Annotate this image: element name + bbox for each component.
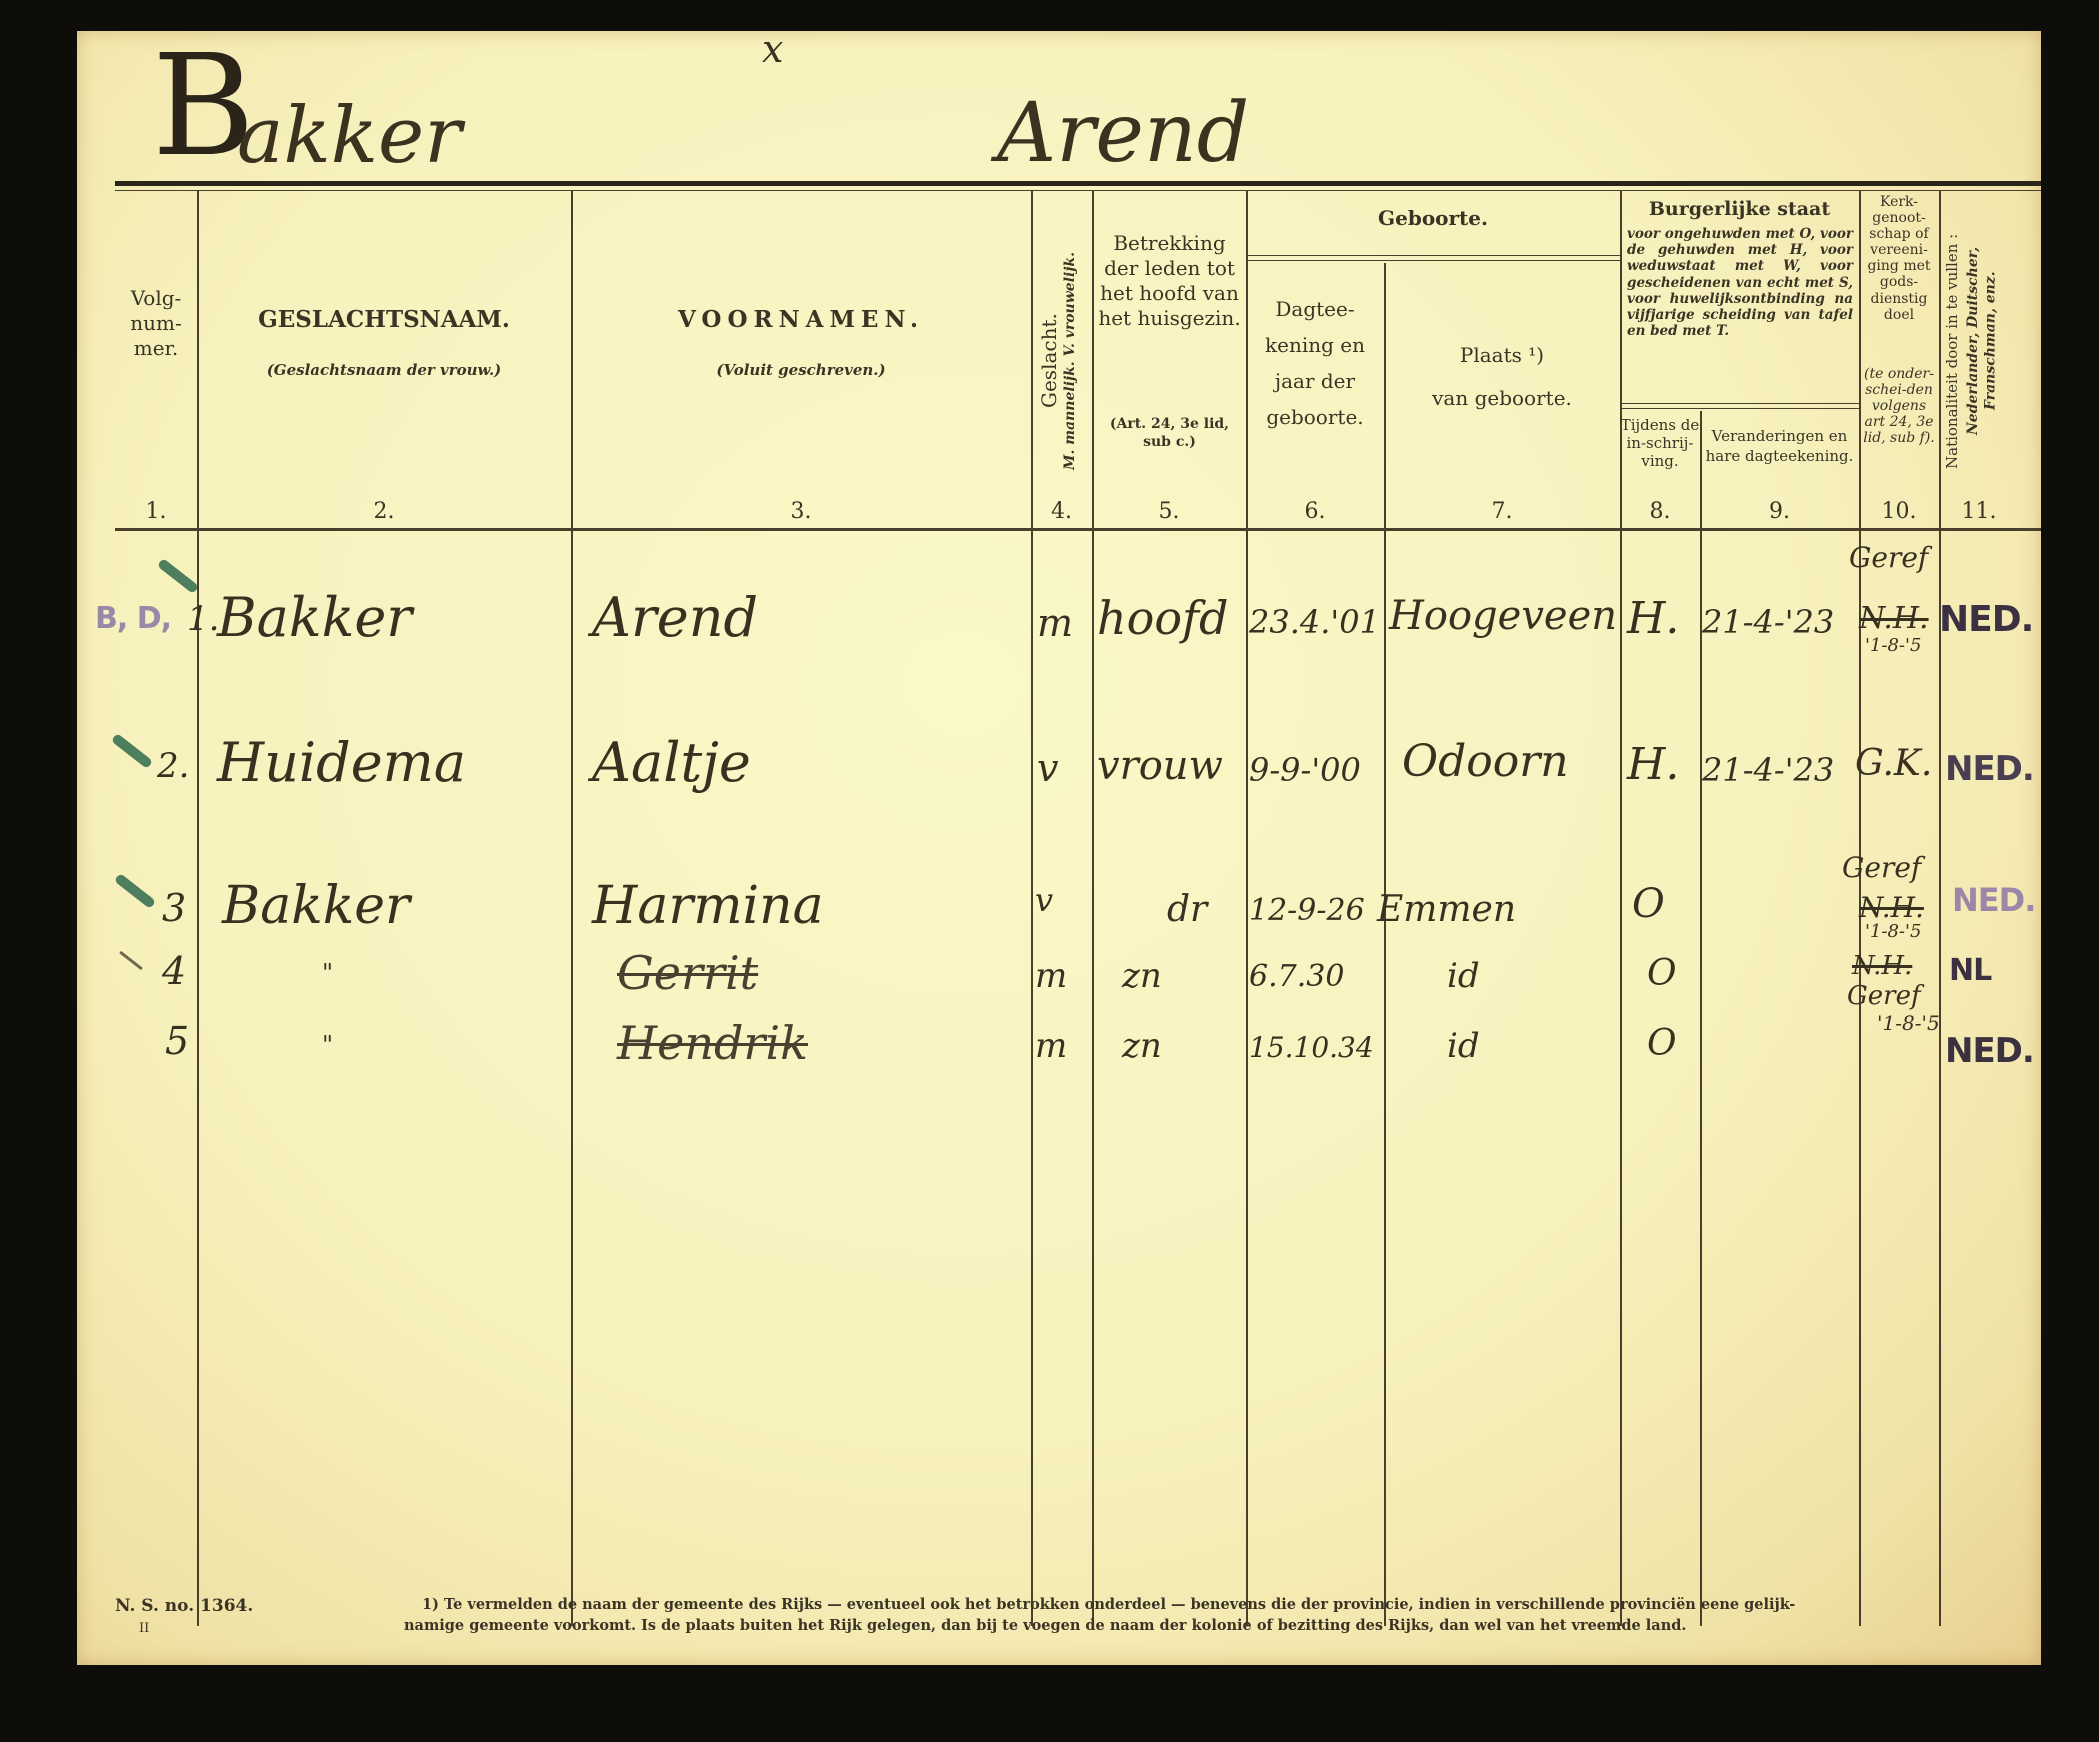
col-line-2 <box>571 191 573 1626</box>
row3-volgnummer: 3 <box>162 886 186 930</box>
row5-surname-ditto: " <box>322 1031 333 1059</box>
col10-number: 10. <box>1859 499 1939 524</box>
col9-number: 9. <box>1700 499 1859 524</box>
row1-volgnummer: 1. <box>187 599 219 639</box>
col3-number: 3. <box>571 499 1031 524</box>
row4-birth-date: 6.7.30 <box>1249 959 1344 994</box>
row5-birth-date: 15.10.34 <box>1249 1031 1374 1064</box>
bs-rule-a <box>1620 403 1859 404</box>
row5-civil-status: O <box>1647 1023 1677 1064</box>
row3-birth-date: 12-9-26 <box>1249 893 1365 928</box>
row1-birth-place: Hoogeveen <box>1389 593 1617 639</box>
row5-nationality-stamp: NED. <box>1945 1031 2034 1071</box>
title-surname: akker <box>237 91 461 181</box>
col4-header: Geslacht. <box>1037 221 1062 501</box>
geboorte-rule-a <box>1246 255 1620 256</box>
row2-civil-status: H. <box>1627 739 1679 790</box>
row1-church-struck: N.H. <box>1859 601 1929 636</box>
col5-header: Betrekking der leden tot het hoofd van h… <box>1097 231 1242 331</box>
col7-subheader: van geboorte. <box>1384 386 1620 411</box>
col10-header: Kerk-genoot-schap of vereeni-ging met go… <box>1861 194 1937 323</box>
row2-forenames: Aaltje <box>592 731 751 794</box>
row1-church-note: '1-8-'5 <box>1865 635 1921 656</box>
row4-forenames: Gerrit <box>617 946 758 1000</box>
row4-sex: m <box>1035 956 1067 996</box>
row1-prefix-stamp: B, D, <box>95 601 171 636</box>
row3-nationality-stamp: NED. <box>1952 881 2035 919</box>
check-mark-icon <box>111 733 153 769</box>
col8-header: Tijdens de in-schrij-ving. <box>1620 416 1700 470</box>
footnote-line-2: namige gemeente voorkomt. Is de plaats b… <box>404 1617 2009 1634</box>
col1-number: 1. <box>115 499 197 524</box>
check-mark-icon <box>157 558 199 594</box>
check-mark-icon <box>119 951 143 971</box>
header-top-rule-thin <box>115 190 2041 191</box>
row3-birth-place: Emmen <box>1377 889 1516 930</box>
col5-subheader: (Art. 24, 3e lid, sub c.) <box>1097 416 1242 451</box>
row2-birth-date: 9-9-'00 <box>1249 751 1361 789</box>
col2-subheader: (Geslachtsnaam der vrouw.) <box>197 361 571 380</box>
col3-header: VOORNAMEN. <box>571 306 1031 335</box>
col3-subheader: (Voluit geschreven.) <box>571 361 1031 380</box>
col7-header: Plaats ¹) <box>1384 343 1620 368</box>
row4-surname-ditto: " <box>322 959 333 987</box>
row2-relation: vrouw <box>1097 743 1223 789</box>
row4-civil-status: O <box>1647 953 1677 994</box>
row4-nationality-stamp: NL <box>1949 953 1991 988</box>
geboorte-header: Geboorte. <box>1246 206 1620 231</box>
row3-relation: dr <box>1167 889 1207 930</box>
col-line-6 <box>1384 263 1386 1626</box>
row2-changes: 21-4-'23 <box>1702 751 1834 789</box>
row5-volgnummer: 5 <box>165 1019 189 1063</box>
header-bottom-rule <box>115 528 2041 531</box>
col-line-5 <box>1246 191 1248 1626</box>
row3-church-struck: N.H. <box>1859 891 1924 924</box>
row2-surname: Huidema <box>217 731 466 794</box>
row3-forenames: Harmina <box>592 876 824 936</box>
form-number: N. S. no. 1364. <box>115 1596 253 1616</box>
row1-surname: Bakker <box>217 586 412 649</box>
row1-civil-status: H. <box>1627 593 1679 644</box>
row4-church: Geref <box>1847 981 1921 1011</box>
row5-church-note: '1-8-'5 <box>1877 1011 1940 1035</box>
row1-sex: m <box>1037 601 1073 645</box>
row2-volgnummer: 2. <box>157 746 189 786</box>
header-top-rule <box>115 181 2041 186</box>
row4-church-struck: N.H. <box>1852 951 1912 981</box>
form-sub-number: II <box>139 1621 149 1636</box>
col4-number: 4. <box>1031 499 1092 524</box>
title-mark: x <box>762 27 783 71</box>
row1-nationality-stamp: NED. <box>1939 599 2033 640</box>
row1-relation: hoofd <box>1097 591 1229 645</box>
col-line-4 <box>1092 191 1094 1626</box>
row1-changes: 21-4-'23 <box>1702 603 1834 641</box>
row1-birth-date: 23.4.'01 <box>1249 603 1380 641</box>
row4-birth-place: id <box>1447 956 1480 996</box>
row5-forenames: Hendrik <box>617 1016 808 1070</box>
col-line-1 <box>197 191 199 1626</box>
col1-header: Volg- num- mer. <box>115 286 197 361</box>
col6-header: Dagtee-kening en jaar der geboorte. <box>1251 291 1379 435</box>
row2-church: G.K. <box>1855 743 1932 784</box>
row2-sex: v <box>1037 746 1058 790</box>
col9-header: Veranderingen en hare dagteekening. <box>1700 426 1859 467</box>
col2-number: 2. <box>197 499 571 524</box>
col11-number: 11. <box>1939 499 2019 524</box>
row2-birth-place: Odoorn <box>1402 736 1569 787</box>
col4-subheader: M. mannelijk. V. vrouwelijk. <box>1062 221 1080 501</box>
row1-church: Geref <box>1849 541 1928 574</box>
col11-subheader: Nederlander, Duitscher, Franschman, enz. <box>1965 201 2000 481</box>
geboorte-rule-b <box>1246 260 1620 261</box>
row3-civil-status: O <box>1632 881 1665 927</box>
row5-sex: m <box>1035 1026 1067 1066</box>
row1-forenames: Arend <box>592 586 758 649</box>
row5-birth-place: id <box>1447 1026 1480 1066</box>
row3-church: Geref <box>1842 851 1921 884</box>
row4-relation: zn <box>1122 956 1162 996</box>
col7-number: 7. <box>1384 499 1620 524</box>
footnote-line-1: 1) Te vermelden de naam der gemeente des… <box>422 1596 2027 1613</box>
col-line-3 <box>1031 191 1033 1626</box>
col-line-7 <box>1620 191 1622 1626</box>
row5-relation: zn <box>1122 1026 1162 1066</box>
col-line-10 <box>1939 191 1941 1626</box>
title-forename: Arend <box>997 86 1249 181</box>
col8-number: 8. <box>1620 499 1700 524</box>
col10-subheader: (te onder-schei-den volgens art 24, 3e l… <box>1861 366 1937 446</box>
col6-number: 6. <box>1246 499 1384 524</box>
check-mark-icon <box>114 873 156 909</box>
title-surname-rest: akker <box>237 91 461 181</box>
col11-header: Nationaliteit door in te vullen : <box>1943 201 1962 501</box>
burgerlijke-staat-header: Burgerlijke staat <box>1620 198 1859 222</box>
row3-surname: Bakker <box>222 876 410 936</box>
row4-volgnummer: 4 <box>162 949 186 993</box>
col2-header: GESLACHTSNAAM. <box>197 306 571 335</box>
register-card: B akker x Arend Volg- num- mer. GESLACHT… <box>77 31 2041 1665</box>
bs-rule-b <box>1620 408 1859 409</box>
row3-sex: v <box>1035 881 1053 919</box>
col5-number: 5. <box>1092 499 1246 524</box>
col-line-8 <box>1700 411 1702 1626</box>
burgerlijke-staat-instructions: voor ongehuwden met O, voor de gehuwden … <box>1627 226 1853 339</box>
row3-church-note: '1-8-'5 <box>1865 921 1921 942</box>
row2-nationality-stamp: NED. <box>1945 749 2034 789</box>
